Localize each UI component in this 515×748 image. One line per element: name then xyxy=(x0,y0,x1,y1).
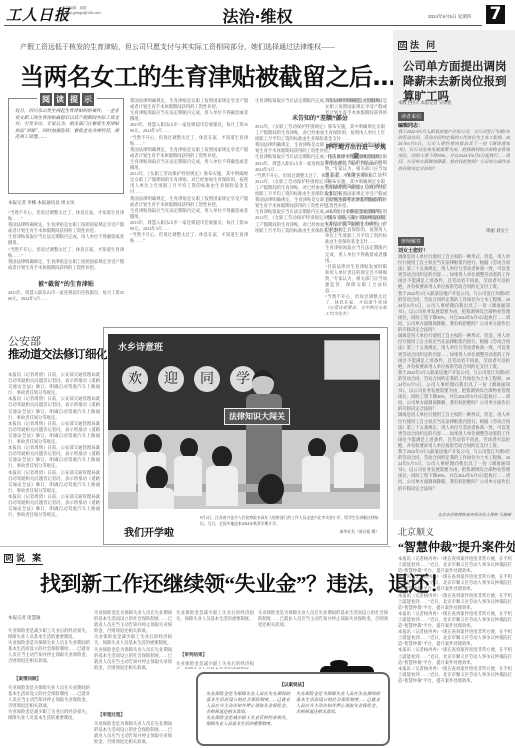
judge-commentary-box: 【以案说法】 失业保险金是为保障失业人员在失业期间的基本生活而设立的社会保险制度… xyxy=(196,672,390,746)
photo-credit: 新华社发（周社根 摄） xyxy=(340,529,379,535)
brief-1-body: 本报讯（记者周倩）日前，公安部交通管理局就自动驾驶相关问题答记者问，表示将推动《… xyxy=(8,372,100,542)
answer-greeting: 刘女士您好！ xyxy=(398,247,428,254)
lead-byline: 本报记者 李娜 本报通讯员 周文凤 xyxy=(8,200,74,206)
sidebar-headline: 公司单方面提出调岗降薪未去新岗位报到算旷工吗 xyxy=(403,60,507,105)
quiz-sign: 法律知识大闯关 xyxy=(224,408,290,425)
brief-2-kicker: 北京顺义 xyxy=(398,525,434,538)
reader-letter: 我于2022年5月入职某房地产开发公司，与公司签订为期3年的劳动合同，劳动合同约… xyxy=(398,129,510,227)
case-headline: 找到新工作还继续领“失业金”？违法，退还！ xyxy=(40,568,450,598)
reader-letter-label: 读者来信 xyxy=(398,112,424,121)
lead-column-4: “目前法律对生育津贴发放时限和用人单位责任的规定还不够细致，”专家认为，相关部门… xyxy=(325,154,387,304)
case-column-2: 失业保险金是为保障失业人员在失业期间的基本生活而设立的社会保险制度……已就业人员… xyxy=(94,610,172,710)
lead-kicker: 产假工资远低于核发的生育津贴，但公司只愿支付与其实际工资相同部分，她们选择通过法… xyxy=(20,42,335,52)
brief-2-body: 本报讯（记者杨冉冉）“现在查询案件进度非常方便，在手机上就能看到……”近日，北京… xyxy=(398,556,512,746)
sidebar-byline: 本版主持人 本报记者 吴铎思 xyxy=(398,100,452,106)
case-trial-text: 失业保险金是为保障失业人员在失业期间的基本生活而设立的社会保险制度……已就业人员… xyxy=(94,721,172,747)
law-tag-icon: 法 xyxy=(398,41,407,50)
brief-2-headline: “智慧仲裁”提升案件处理效率 xyxy=(398,538,515,555)
reading-guide-box: 阅 读 提 示 近日，四川乐山发生两起生育津贴纠纷案件，一企业将女职工的生育津贴… xyxy=(8,98,124,194)
case-byline: 本报记者 庞慧敏 xyxy=(8,615,41,621)
lead-subhead-1: 被“截留”的生育津贴 xyxy=(8,279,124,288)
law-tag-label: 法 问 xyxy=(410,38,437,52)
case-column-3: 失业保险金是减少职工失业后的经济损失，保障失业人员基本生活的重要制度。 xyxy=(176,610,254,650)
lead-column-2: 我国法律明确规定，生育津贴是女职工按照国家规定享受产假或者计划生育手术休假期间获… xyxy=(130,98,248,313)
lead-column-4-top: 我国法律明确规定，生育津贴是女职工按照国家规定享受产假或者计划生育手术休假期间获… xyxy=(325,98,387,136)
reading-guide-text: 近日，四川乐山发生两起生育津贴纠纷案件，一企业将女职工的生育津贴截留后以其产假期… xyxy=(15,109,119,142)
photo-caption: 9月2日，江苏省兴化市人民检察院未成年人检察部门的工作人员走进兴化市实验小学，给… xyxy=(200,516,380,527)
news-photo-block: 水乡诗意班 欢 迎 同 学 法律知识大闯关 我们开学啦 9月2日，江苏省兴化市人… xyxy=(103,327,388,545)
board-title: 水乡诗意班 xyxy=(118,340,163,353)
case-tag-label: 说 案 xyxy=(16,551,43,565)
page-number: 7 xyxy=(486,5,505,24)
judge-commentary-text: 失业保险金是为保障失业人员在失业期间的基本生活而设立的社会保险制度……已就业人员… xyxy=(198,688,388,742)
masthead-divider xyxy=(4,25,482,26)
lead-paragraph: “当然不开心，但说过调整太过了，休息在家，才知道生育津贴……”我国法律明确规定，… xyxy=(8,210,124,274)
reading-guide-title: 阅 读 提 示 xyxy=(37,93,97,106)
case-label-result: 【审判结果】 xyxy=(180,652,207,658)
welcome-char: 欢 xyxy=(122,366,148,392)
letter-greeting: 编辑同志： xyxy=(398,122,423,129)
section-divider xyxy=(0,546,391,547)
lead-headline: 当两名女工的生育津贴被截留之后…… xyxy=(20,57,420,92)
case-result-text: 失业保险金是减少职工失业后的经济损失，保障失业人员基本生活的重要制度。 xyxy=(176,661,254,669)
case-tag-icon: 说 xyxy=(4,554,13,563)
letter-signature: 邢丽 刘女士 xyxy=(486,228,509,234)
guide-char: 阅 xyxy=(40,93,52,106)
case-label-review: 【案情回顾】 xyxy=(14,676,41,682)
law-qa-tag: 法 法 问 xyxy=(398,38,437,52)
lawyer-credit: 北京市京师律师事务所合伙人律师 吴振峰 xyxy=(438,512,511,518)
lead-subhead-1-text: 2023年，周慧入职乐山市一家连锁超市任收银员，每月工资3500元。2024年3… xyxy=(8,290,124,326)
wall-chart xyxy=(324,340,380,380)
welcome-char: 同 xyxy=(194,366,220,392)
case-column-4: 失业保险金是为保障失业人员在失业期间的基本生活而设立的社会保险制度……已就业人员… xyxy=(258,610,388,658)
lawyer-answer: 调岗是用人单位行使用工自主权的一种形式，但是，用人单位行使用工自主权应当在法律框… xyxy=(398,254,510,510)
lawyer-answer-label: 律师解答 xyxy=(398,237,424,246)
photo-caption-title: 我们开学啦 xyxy=(124,524,174,539)
lead-closing-credit: （应受访者要求，文中两位女职工均为化名） xyxy=(325,305,387,319)
issue-date: 2024年9月5日 星期四 xyxy=(428,14,471,20)
case-tag: 说 说 案 xyxy=(4,551,43,565)
welcome-sign: 欢 迎 同 学 xyxy=(122,366,256,392)
guide-char: 读 xyxy=(54,93,66,106)
guide-char: 示 xyxy=(82,93,94,106)
case-review-text: 失业保险金是为保障失业人员在失业期间的基本生活而设立的社会保险制度……已就业人员… xyxy=(8,685,90,745)
welcome-char: 迎 xyxy=(158,366,184,392)
sidebar-law-qa: 法 法 问 公司单方面提出调岗降薪未去新岗位报到算旷工吗 本版主持人 本报记者 … xyxy=(393,30,515,520)
case-label-trial: 【审理过程】 xyxy=(98,712,125,718)
guide-char: 提 xyxy=(68,93,80,106)
classroom-photo: 水乡诗意班 欢 迎 同 学 法律知识大闯关 xyxy=(108,334,380,509)
case-intro: 失业保险金是减少职工失业后的经济损失，保障失业人员基本生活的重要制度。失业保险金… xyxy=(8,628,90,672)
